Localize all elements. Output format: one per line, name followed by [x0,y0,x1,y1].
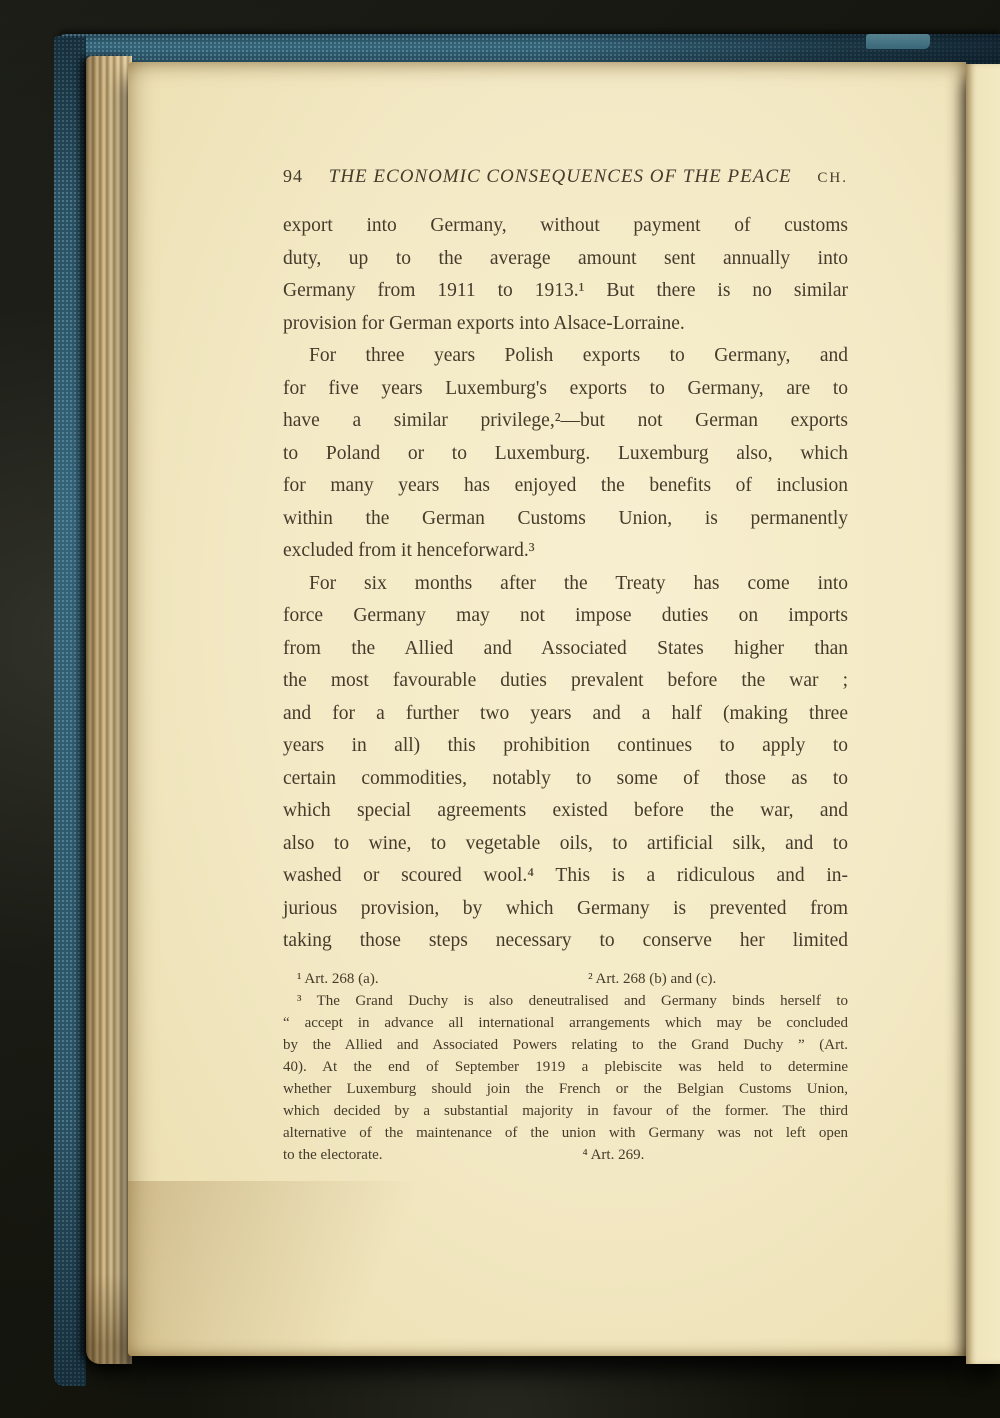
page-number: 94 [283,166,303,187]
footnote-2: ² Art. 268 (b) and (c). [588,968,716,990]
text-line: and for a further two years and a half (… [283,698,848,731]
chapter-marker: CH. [817,170,848,187]
footnote-last-row: to the electorate. ⁴ Art. 269. [283,1144,848,1166]
text-line: years in all) this prohibition continues… [283,730,848,763]
text-line: from the Allied and Associated States hi… [283,633,848,666]
body-text: export into Germany, without payment of … [283,210,848,958]
text-line: have a similar privilege,²—but not Germa… [283,405,848,438]
text-line: to Poland or to Luxemburg. Luxemburg als… [283,438,848,471]
text-line: excluded from it henceforward.³ [283,535,848,568]
footnote-row-1: ¹ Art. 268 (a). ² Art. 268 (b) and (c). [283,968,848,990]
text-line: which decided by a substantial majority … [283,1100,848,1122]
paragraph-continuation: export into Germany, without payment of … [283,210,848,340]
text-line: also to wine, to vegetable oils, to arti… [283,828,848,861]
footnote-4: ⁴ Art. 269. [582,1144,644,1166]
paragraph-polish-luxemburg: For three years Polish exports to German… [283,340,848,568]
text-line: whether Luxemburg should join the French… [283,1078,848,1100]
footnote-3: ³ The Grand Duchy is also deneutralised … [283,990,848,1144]
page-header: 94 THE ECONOMIC CONSEQUENCES OF THE PEAC… [283,166,848,192]
printed-page-content: 94 THE ECONOMIC CONSEQUENCES OF THE PEAC… [283,166,848,1166]
text-line: 40). At the end of September 1919 a pleb… [283,1056,848,1078]
text-line: jurious provision, by which Germany is p… [283,893,848,926]
text-line: which special agreements existed before … [283,795,848,828]
cover-cloth-fold [866,34,930,49]
footnote-1: ¹ Art. 268 (a). [297,971,379,987]
text-line: duty, up to the average amount sent annu… [283,243,848,276]
text-line: alternative of the maintenance of the un… [283,1122,848,1144]
text-line: export into Germany, without payment of … [283,210,848,243]
text-line: for many years has enjoyed the benefits … [283,470,848,503]
footnote-3-last-line: to the electorate. [283,1147,383,1163]
book-page: 94 THE ECONOMIC CONSEQUENCES OF THE PEAC… [128,62,966,1356]
text-line: certain commodities, notably to some of … [283,763,848,796]
text-line: “ accept in advance all international ar… [283,1012,848,1034]
text-line: For six months after the Treaty has come… [283,568,848,601]
text-line: washed or scoured wool.⁴ This is a ridic… [283,860,848,893]
running-title: THE ECONOMIC CONSEQUENCES OF THE PEACE [303,166,817,188]
footnotes-block: ¹ Art. 268 (a). ² Art. 268 (b) and (c). … [283,968,848,1166]
page-edges-stack [86,56,132,1364]
text-line: Germany from 1911 to 1913.¹ But there is… [283,275,848,308]
text-line: by the Allied and Associated Powers rela… [283,1034,848,1056]
text-line: force Germany may not impose duties on i… [283,600,848,633]
text-line: for five years Luxemburg's exports to Ge… [283,373,848,406]
text-line: For three years Polish exports to German… [283,340,848,373]
paragraph-six-months: For six months after the Treaty has come… [283,568,848,958]
text-line: within the German Customs Union, is perm… [283,503,848,536]
text-line: taking those steps necessary to conserve… [283,925,848,958]
text-line: the most favourable duties prevalent bef… [283,665,848,698]
text-line: provision for German exports into Alsace… [283,308,848,341]
text-line: ³ The Grand Duchy is also deneutralised … [283,990,848,1012]
book-cover-left-edge [54,36,86,1386]
photographed-book-scene: { "colors": { "background": "#15160f", "… [0,0,1000,1418]
next-page-edge [966,64,1000,1364]
